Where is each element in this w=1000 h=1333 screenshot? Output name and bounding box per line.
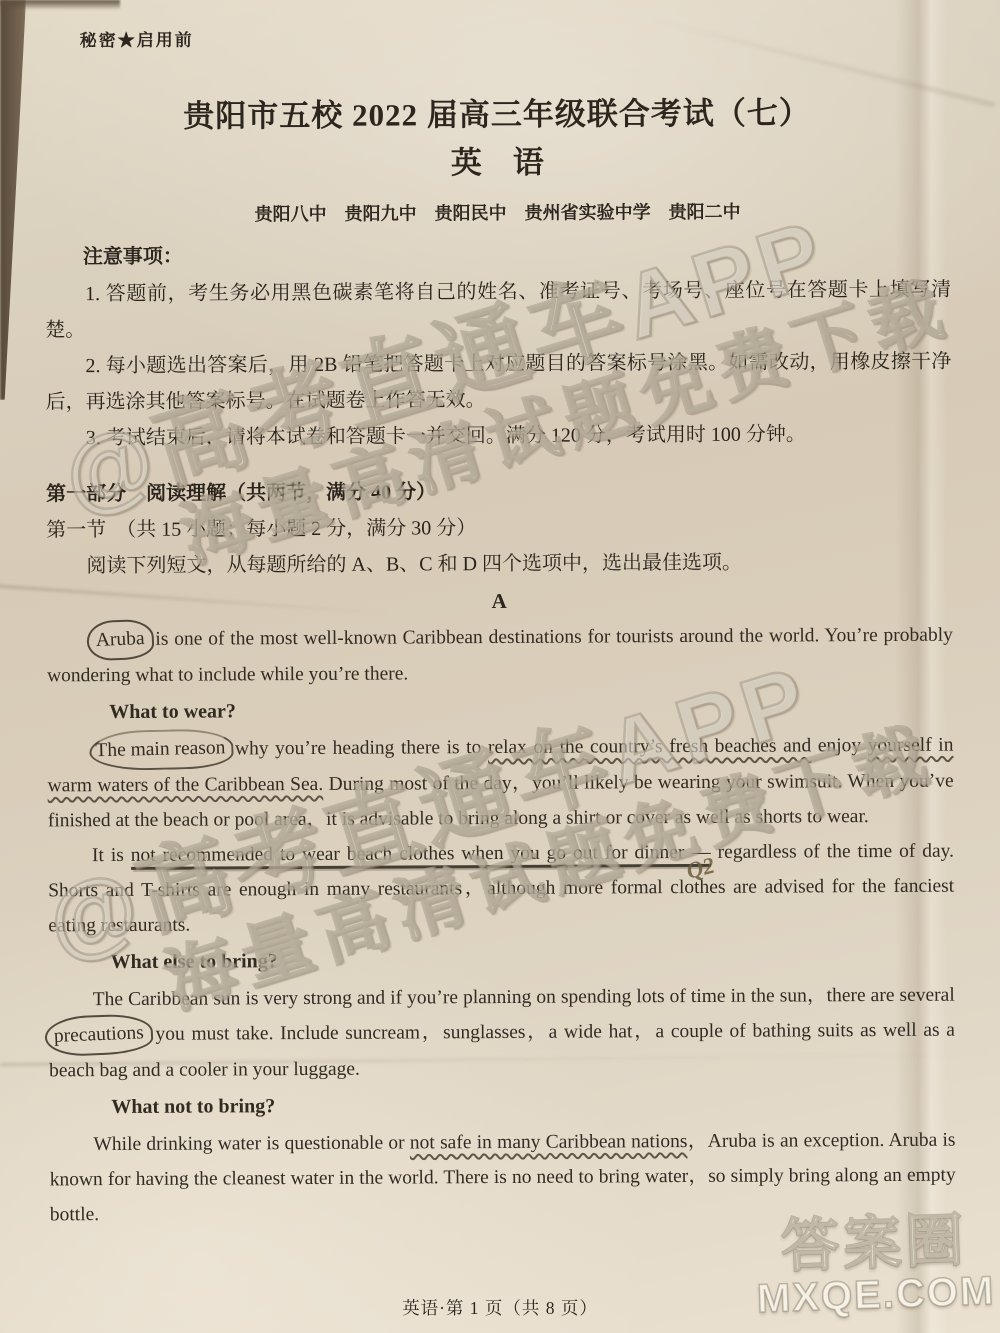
subject-title: 英 语 [44,141,950,186]
passage-label: A [47,583,953,620]
paragraph-text: why you’re heading there is to [228,737,488,759]
paragraph-text: The Caribbean sun is very strong and if … [93,985,955,1011]
circled-word-aruba: Aruba [86,619,154,662]
subheading-what-to-wear: What to wear? [109,691,953,730]
subheading-what-not-to-bring: What not to bring? [111,1086,955,1125]
school-list: 贵阳八中 贵阳九中 贵阳民中 贵州省实验中学 贵阳二中 [45,199,951,228]
paragraph-text: enjoy [811,735,868,756]
photo-edge [0,0,120,10]
subheading-what-else-to-bring: What else to bring? [110,941,954,980]
hand-underline: relax on the country’s fresh beaches and [488,735,811,758]
hand-underline: not recommended to wear beach clothes wh… [131,842,711,870]
passage-paragraph-5: While drinking water is questionable or … [49,1123,956,1233]
classification-label: 秘密★启用前 [80,22,950,52]
exam-page-content: 秘密★启用前 贵阳市五校 2022 届高三年级联合考试（七） 英 语 贵阳八中 … [0,0,1000,1333]
notice-heading: 注意事项： [83,239,951,272]
exam-paper-photo: @高考直通车APP 海量高清试题免费下载 @高考直通车APP 海量高清试题免费下… [0,0,1000,1333]
underlined-text: not recommended to wear beach clothes wh… [131,842,711,866]
paragraph-text: you must take. Include suncream，sunglass… [49,1020,955,1082]
notice-item-2: 2. 每小题选出答案后，用 2B 铅笔把答题卡上对应题目的答案标号涂黑。如需改动… [45,344,951,421]
paragraph-text: While drinking water is questionable or [93,1132,409,1155]
exam-title: 贵阳市五校 2022 届高三年级联合考试（七） [44,93,950,138]
notice-item-1: 1. 答题前，考生务必用黑色碳素笔将自己的姓名、准考证号、考场号、座位号在答题卡… [45,272,951,349]
page-footer: 英语·第 1 页（共 8 页） [0,1295,1000,1320]
hand-underline: not safe in many Caribbean nations [410,1131,688,1153]
section-one-heading: 第一节 （共 15 小题；每小题 2 分，满分 30 分） [46,508,952,549]
passage-paragraph-1: Aruba is one of the most well-known Cari… [47,618,953,694]
passage-paragraph-4: The Caribbean sun is very strong and if … [49,978,956,1089]
paragraph-text: It is [92,845,131,866]
circled-word-precautions: precautions [44,1013,153,1057]
part-one-heading: 第一部分 阅读理解（共两节，满分 40 分） [46,472,952,513]
reading-instruction: 阅读下列短文，从每题所给的 A、B、C 和 D 四个选项中，选出最佳选项。 [46,544,952,585]
passage-paragraph-3: It is not recommended to wear beach clot… [48,834,955,944]
passage-paragraph-2: The main reason why you’re heading there… [47,728,954,839]
notice-item-3: 3. 考试结束后，请将本试卷和答题卡一并交回。满分 120 分，考试用时 100… [46,416,952,457]
circled-phrase-main-reason: The main reason [89,728,234,771]
paragraph-text: is one of the most well-known Caribbean … [47,625,953,687]
